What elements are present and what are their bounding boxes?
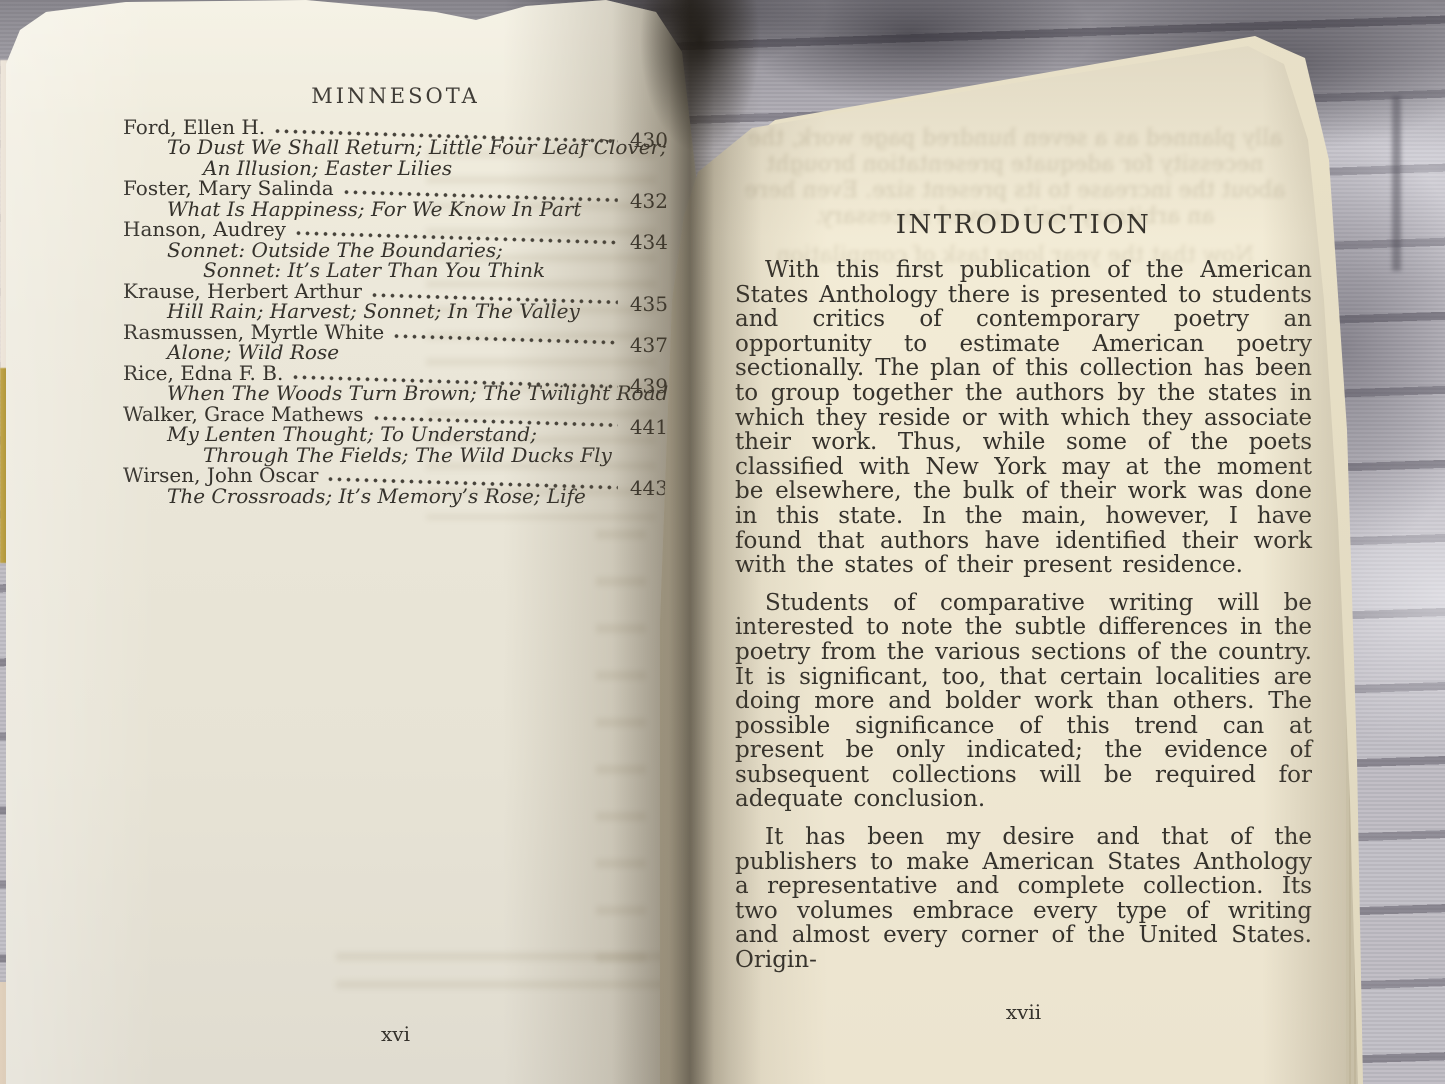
entry-author: Wirsen, John Oscar — [123, 465, 318, 486]
open-book-photo: MINNESOTA Ford, Ellen H.430To Dust We Sh… — [0, 0, 1445, 1084]
index-entry: Rice, Edna F. B.439When The Woods Turn B… — [123, 363, 668, 404]
right-page: ally planned as a seven hundred page wor… — [660, 0, 1360, 1084]
entry-page-number: 439 — [626, 376, 668, 397]
index-entry: Krause, Herbert Arthur435Hill Rain; Harv… — [123, 281, 668, 322]
index-entry: Ford, Ellen H.430To Dust We Shall Return… — [123, 117, 668, 179]
bleed-through-line: about the increase to its present size. … — [720, 178, 1310, 204]
bleed-through-line: ally planned as a seven hundred page wor… — [720, 126, 1310, 152]
entry-title-line: Sonnet: It’s Later Than You Think — [203, 260, 668, 281]
index-entry: Hanson, Audrey434Sonnet: Outside The Bou… — [123, 219, 668, 281]
index-entry: Walker, Grace Mathews441My Lenten Though… — [123, 404, 668, 466]
left-page: MINNESOTA Ford, Ellen H.430To Dust We Sh… — [6, 0, 696, 1084]
entry-author: Walker, Grace Mathews — [123, 404, 364, 425]
entry-author: Rice, Edna F. B. — [123, 363, 283, 384]
body-paragraph: It has been my desire and that of the pu… — [735, 825, 1312, 973]
entry-author: Foster, Mary Salinda — [123, 178, 334, 199]
entry-page-number: 437 — [626, 335, 668, 356]
entry-author: Krause, Herbert Arthur — [123, 281, 362, 302]
index-entry: Rasmussen, Myrtle White437Alone; Wild Ro… — [123, 322, 668, 363]
index-content: MINNESOTA Ford, Ellen H.430To Dust We Sh… — [123, 86, 668, 506]
entry-page-number: 434 — [626, 232, 668, 253]
bleed-through-smudge — [336, 952, 666, 1004]
body-paragraph: With this first publication of the Ameri… — [735, 258, 1312, 578]
bleed-through-line: necessity for adequate presentation brou… — [720, 152, 1310, 178]
entry-page-number: 435 — [626, 294, 668, 315]
index-entry: Wirsen, John Oscar443The Crossroads; It’… — [123, 465, 668, 506]
left-page-folio: xvi — [123, 1022, 668, 1046]
index-entry-list: Ford, Ellen H.430To Dust We Shall Return… — [123, 117, 668, 507]
entry-page-number: 432 — [626, 191, 668, 212]
entry-page-number: 430 — [626, 130, 668, 151]
entry-author: Rasmussen, Myrtle White — [123, 322, 384, 343]
index-entry: Foster, Mary Salinda432What Is Happiness… — [123, 178, 668, 219]
body-paragraph: Students of comparative writing will be … — [735, 591, 1312, 812]
entry-author: Ford, Ellen H. — [123, 117, 265, 138]
entry-page-number: 443 — [626, 478, 668, 499]
bleed-through-smudge — [596, 530, 646, 990]
introduction-body: With this first publication of the Ameri… — [735, 258, 1312, 986]
entry-title-line: An Illusion; Easter Lilies — [203, 158, 668, 179]
entry-author: Hanson, Audrey — [123, 219, 286, 240]
entry-page-number: 441 — [626, 417, 668, 438]
brick-mortar-joint — [1392, 96, 1401, 271]
section-header: MINNESOTA — [123, 86, 668, 107]
introduction-heading: INTRODUCTION — [735, 210, 1312, 240]
right-page-folio: xvii — [735, 1000, 1312, 1024]
entry-title-line: Through The Fields; The Wild Ducks Fly — [203, 445, 668, 466]
